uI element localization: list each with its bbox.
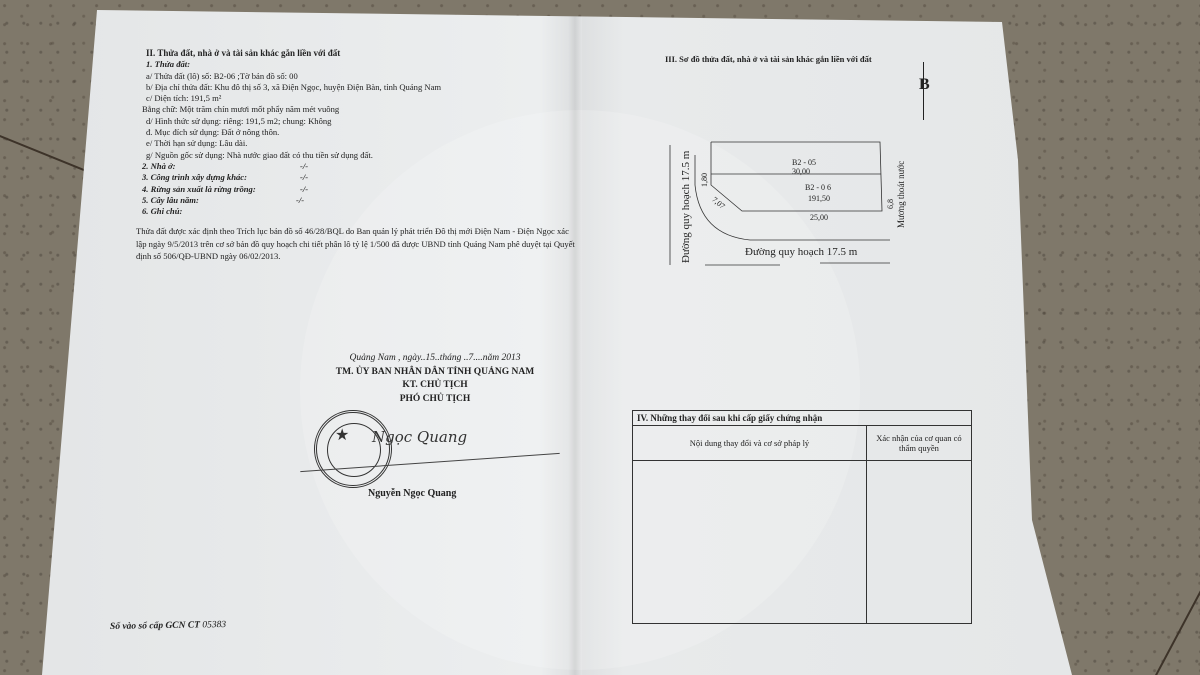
left-page: II. Thửa đất, nhà ở và tài sản khác gắn … — [128, 48, 568, 263]
floor-tile-seam — [0, 135, 97, 176]
parcel-line: Bằng chữ: Một trăm chín mươi mốt phẩy nă… — [142, 104, 568, 115]
place-date: Quảng Nam , ngày..15..tháng ..7....năm 2… — [290, 352, 580, 366]
lot-above-label: B2 - 05 — [792, 158, 816, 167]
item-row: 5. Cây lâu năm: -/- — [142, 195, 568, 206]
item-row: 4. Rừng sản xuất là rừng trồng: -/- — [142, 184, 568, 195]
signer-role-sub: PHÓ CHỦ TỊCH — [290, 393, 580, 407]
road-horizontal-label: Đường quy hoạch 17.5 m — [745, 246, 857, 258]
parcel-heading: 1. Thửa đất: — [146, 59, 568, 70]
right-dimension: 6,8 — [886, 199, 895, 209]
register-label: Số vào sổ cấp GCN CT — [110, 620, 200, 632]
lot-label: B2 - 0 6 — [805, 183, 831, 192]
official-seal-icon: ★ — [314, 410, 392, 488]
item-label: 4. Rừng sản xuất là rừng trồng: — [142, 184, 256, 194]
table-row — [633, 461, 972, 624]
item-row: 3. Công trình xây dựng khác: -/- — [142, 172, 568, 183]
item-row: 6. Ghi chú: — [142, 206, 568, 217]
column-header: Xác nhận của cơ quan có thẩm quyền — [866, 426, 971, 461]
changes-table-title: IV. Những thay đổi sau khi cấp giấy chứn… — [632, 410, 972, 425]
table-cell — [866, 461, 971, 624]
north-label: B — [919, 76, 930, 94]
page-fold — [568, 10, 582, 675]
section-title-ii: II. Thửa đất, nhà ở và tài sản khác gắn … — [146, 48, 568, 59]
parcel-line: đ. Mục đích sử dụng: Đất ở nông thôn. — [146, 127, 568, 138]
item-label: 6. Ghi chú: — [142, 206, 182, 216]
item-label: 5. Cây lâu năm: — [142, 195, 199, 205]
signature-block: Quảng Nam , ngày..15..tháng ..7....năm 2… — [290, 352, 580, 406]
parcel-line: e/ Thời hạn sử dụng: Lâu dài. — [146, 138, 568, 149]
parcel-line: d/ Hình thức sử dụng: riêng: 191,5 m2; c… — [146, 116, 568, 127]
item-value: -/- — [296, 195, 304, 206]
left-dimension: 1,80 — [700, 173, 709, 187]
item-value: -/- — [300, 161, 308, 172]
item-label: 2. Nhà ở: — [142, 161, 176, 171]
signer-name: Nguyễn Ngọc Quang — [368, 488, 456, 499]
certificate-paper: II. Thửa đất, nhà ở và tài sản khác gắn … — [0, 0, 1200, 675]
floor-tile-seam — [1155, 560, 1200, 675]
signer-role: KT. CHỦ TỊCH — [290, 379, 580, 393]
item-row: 2. Nhà ở: -/- — [142, 161, 568, 172]
changes-table: IV. Những thay đổi sau khi cấp giấy chứn… — [632, 410, 972, 624]
section-title-iii: III. Sơ đồ thửa đất, nhà ở và tài sản kh… — [665, 54, 872, 64]
parcel-line: a/ Thửa đất (lô) số: B2-06 ;Tờ bản đồ số… — [146, 71, 568, 82]
parcel-line: c/ Diện tích: 191,5 m² — [146, 93, 568, 104]
parcel-line: g/ Nguồn gốc sử dụng: Nhà nước giao đất … — [146, 150, 568, 161]
seal-star-icon: ★ — [335, 425, 349, 445]
item-value: -/- — [300, 172, 308, 183]
table-cell — [633, 461, 867, 624]
lot-area: 191,50 — [808, 194, 830, 203]
item-label: 3. Công trình xây dựng khác: — [142, 172, 247, 182]
site-plan: B2 - 05 30,00 B2 - 0 6 191,50 25,00 1,80… — [660, 125, 920, 275]
handwritten-signature: Ngọc Quang — [372, 428, 467, 446]
register-number: Số vào sổ cấp GCN CT 05383 — [110, 620, 226, 632]
north-arrow-icon: B — [919, 62, 939, 122]
changes-grid: Nội dung thay đổi và cơ sở pháp lý Xác n… — [632, 425, 972, 624]
column-header: Nội dung thay đổi và cơ sở pháp lý — [633, 426, 867, 461]
issuing-org: TM. ỦY BAN NHÂN DÂN TỈNH QUẢNG NAM — [290, 366, 580, 380]
parcel-note: Thửa đất được xác định theo Trích lục bả… — [136, 225, 576, 263]
parcel-line: b/ Địa chỉ thửa đất: Khu đô thị số 3, xã… — [146, 82, 568, 93]
lot-above-dimension: 30,00 — [792, 167, 810, 176]
item-value: -/- — [300, 184, 308, 195]
register-value: 05383 — [202, 620, 226, 630]
bottom-dimension: 25,00 — [810, 213, 828, 222]
drain-label: Mương thoát nước — [896, 161, 906, 228]
road-vertical-label: Đường quy hoạch 17.5 m — [680, 151, 692, 263]
